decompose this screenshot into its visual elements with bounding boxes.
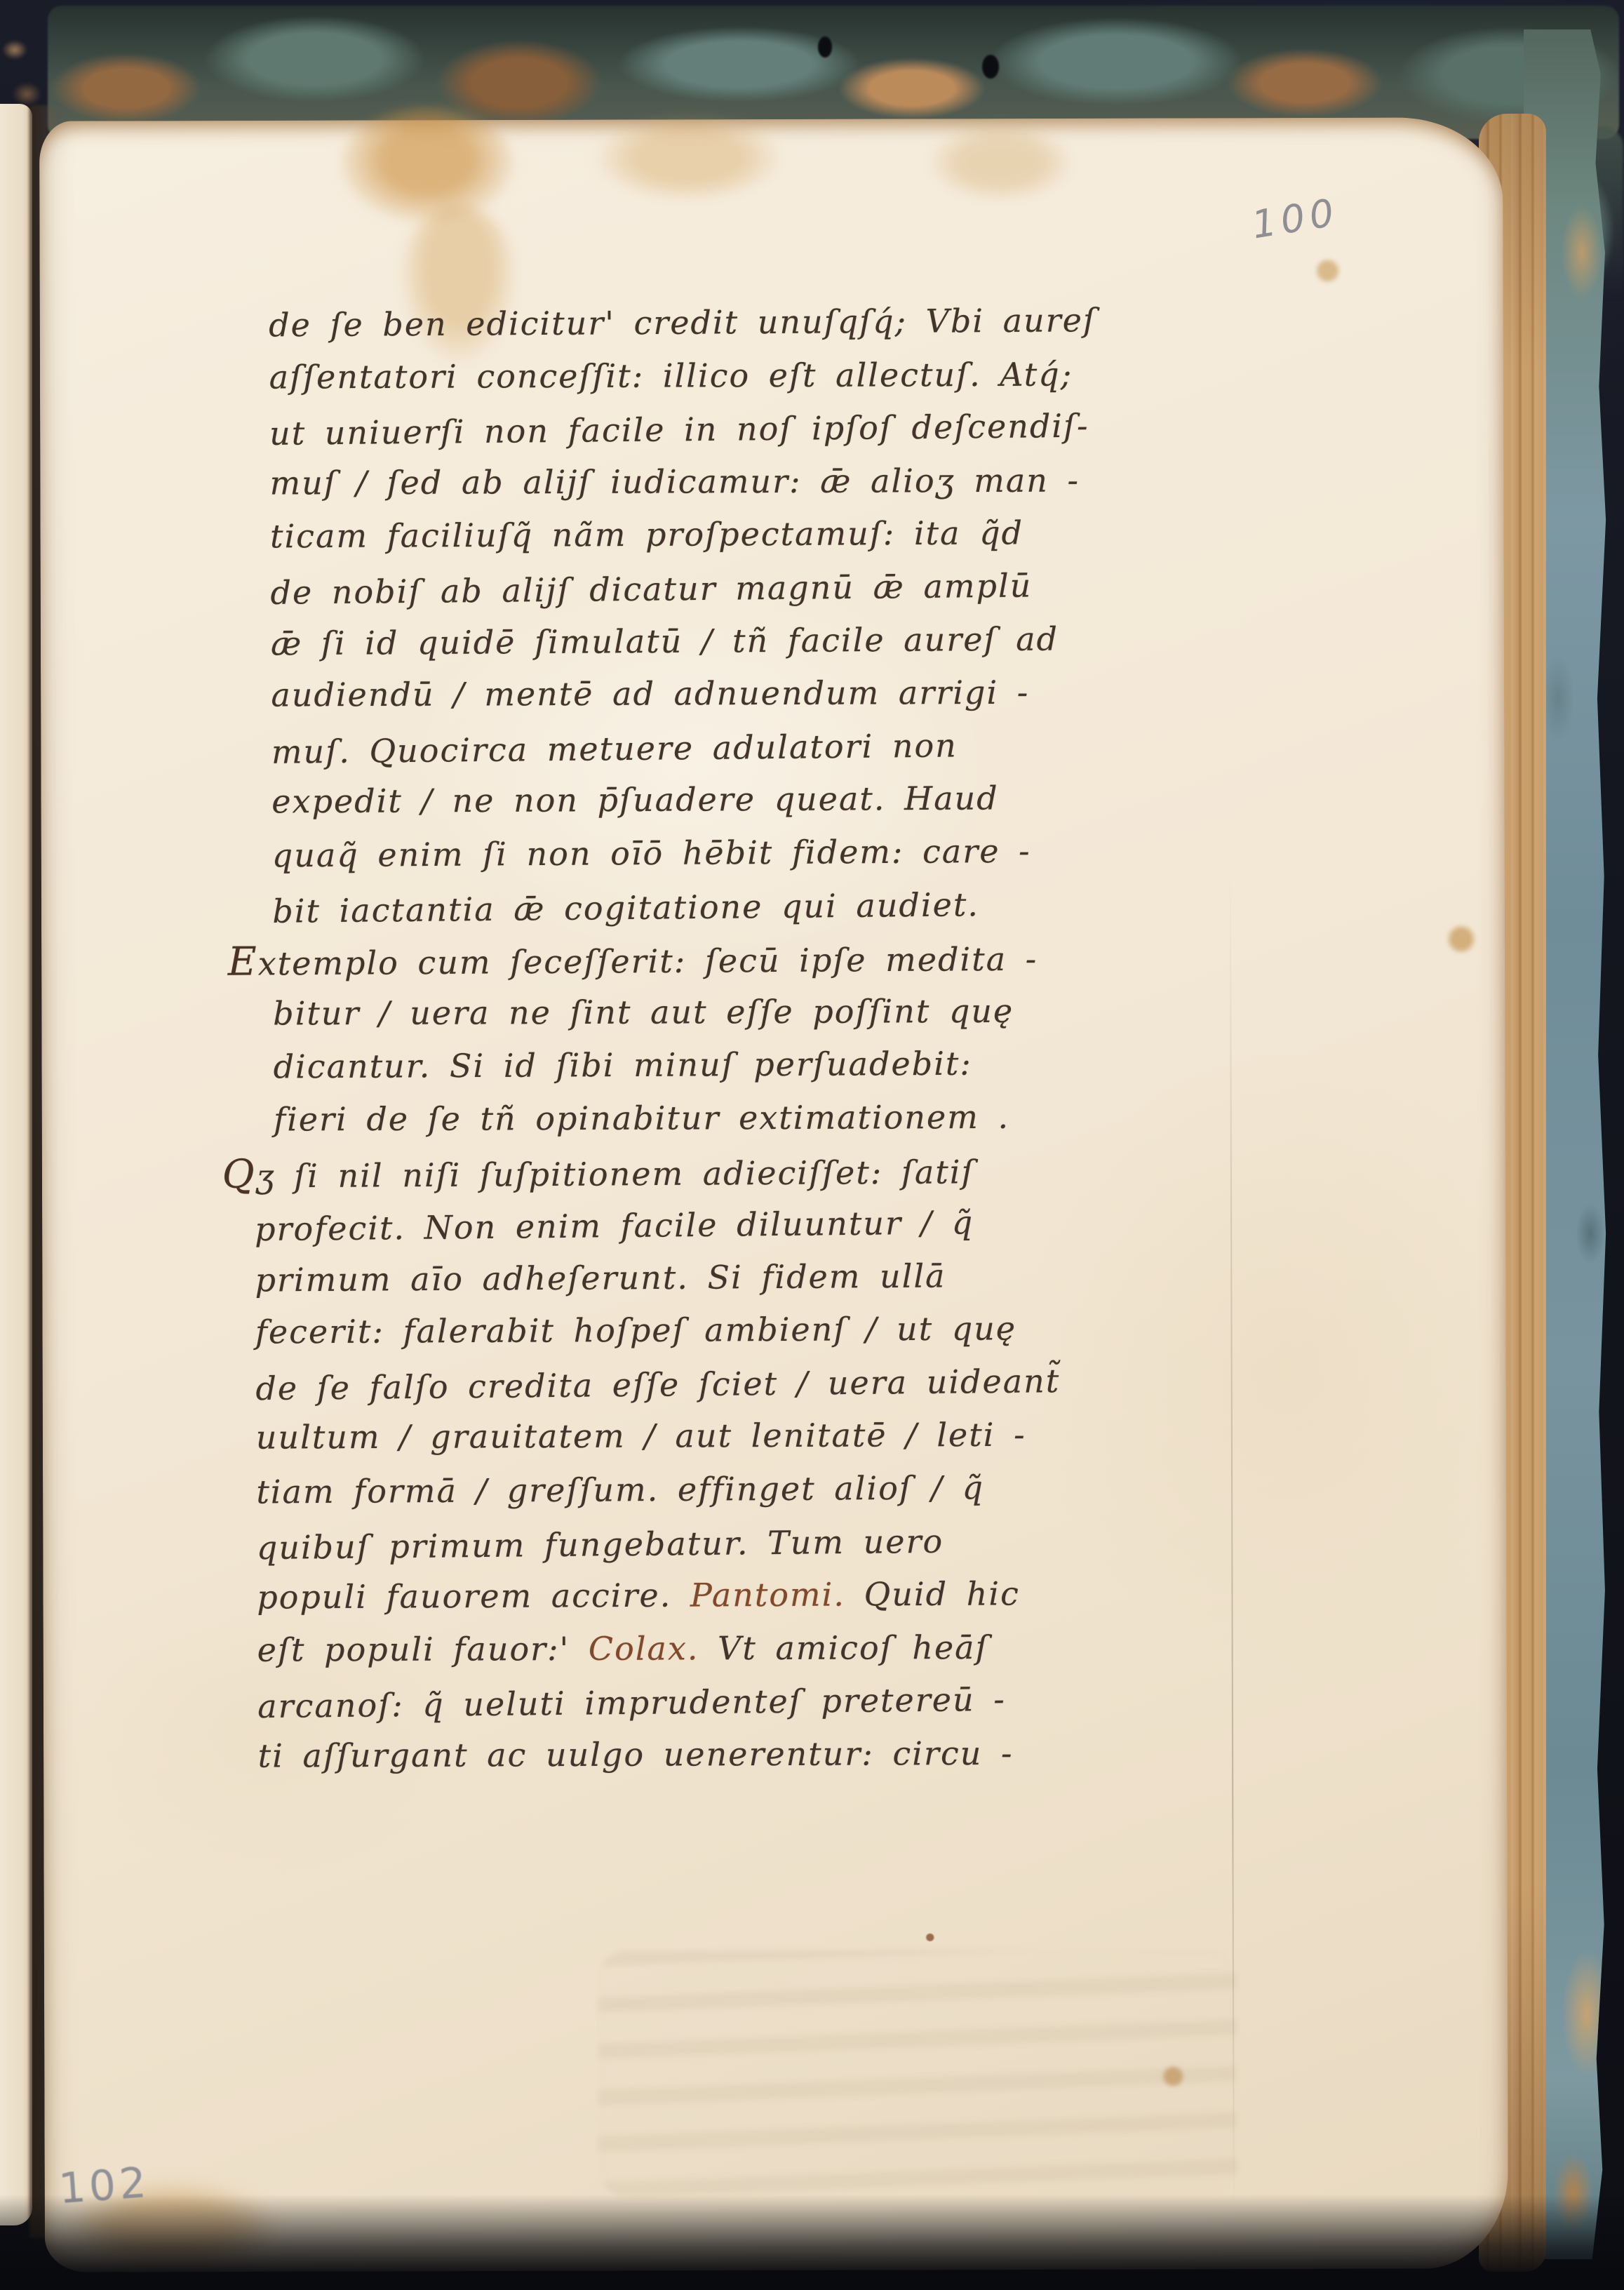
- text-segment: expedit / ne non p̄ſuadere queat. Haud: [271, 779, 999, 821]
- text-segment: ut uniuerſi non facile in noſ ipſoſ deſc…: [269, 407, 1089, 453]
- text-segment: quibuſ primum fungebatur. Tum uero: [257, 1522, 944, 1566]
- speaker-name-rubric: Colax.: [589, 1629, 699, 1668]
- manuscript-line: ti aſſurgant ac uulgo uenerentur: circu …: [46, 1725, 1510, 1783]
- text-segment: populi fauorem accire.: [257, 1576, 690, 1616]
- manuscript-line: quaq̃ enim ſi non oīō hēbit fidem: care …: [41, 822, 1504, 884]
- photo-bottom-shadow: [0, 2195, 1624, 2290]
- manuscript-line: fecerit: falerabit hoſpeſ ambienſ / ut q…: [43, 1300, 1507, 1360]
- text-segment: audiendū / mentē ad adnuendum arrigi -: [271, 674, 1029, 714]
- text-segment: bit iactantia ǣ cogitatione qui audiet.: [272, 885, 979, 930]
- manuscript-line: aſſentatori conceſſit: illico eſt allect…: [38, 347, 1501, 405]
- text-segment: profecit. Non enim facile diluuntur / q̃: [255, 1203, 974, 1248]
- folio-number-pencil: 100: [1249, 190, 1342, 248]
- manuscript-text-block: de ſe ben edicitur' credit unuſqſq́; Vbi…: [37, 292, 1510, 1786]
- text-segment: muſ / ſed ab alijſ iudicamur: ǣ alioʒ ma…: [269, 461, 1080, 502]
- text-segment: primum aīo adheſerunt. Si fidem ullā: [255, 1257, 946, 1299]
- text-segment: fieri de ſe tñ opinabitur extimationem .: [274, 1098, 1009, 1139]
- wormholes: [818, 36, 832, 58]
- manuscript-line: ticam faciliuſq̃ nãm proſpectamuſ: ita q…: [39, 504, 1502, 564]
- text-segment: ǣ ſi id quidē ſimulatū / tñ facile aureſ…: [271, 620, 1059, 662]
- speaker-name-rubric: Pantomi.: [690, 1576, 845, 1614]
- text-segment: Extemplo cum ſeceſſerit: ſecū ipſe medit…: [228, 940, 1038, 983]
- manuscript-photo: 100 de ſe ben edicitur' credit unuſqſq́;…: [0, 0, 1624, 2290]
- stain: [593, 114, 783, 202]
- ink-show-through: [598, 1949, 1237, 2196]
- manuscript-line: fieri de ſe tñ opinabitur extimationem .: [42, 1089, 1505, 1147]
- text-segment: Quid hic: [845, 1575, 1020, 1614]
- text-segment: Qʒ ſi nil niſi ſuſpitionem adieciſſet: ſ…: [222, 1153, 974, 1196]
- text-segment: fecerit: falerabit hoſpeſ ambienſ / ut q…: [255, 1310, 1016, 1351]
- ink-speck: [925, 1933, 935, 1941]
- text-segment: bitur / uera ne ſint aut eſſe poſſint qu…: [273, 992, 1014, 1033]
- text-segment: de ſe falſo credita eſſe ſciet / uera ui…: [255, 1362, 1060, 1407]
- text-segment: muſ. Quocirca metuere adulatori non: [271, 726, 958, 770]
- text-segment: uultum / grauitatem / aut lenitatē / let…: [256, 1416, 1026, 1457]
- text-segment: Vt amicoſ heāſ: [699, 1628, 988, 1667]
- text-segment: tiam formā / greſſum. effinget alioſ / q…: [256, 1468, 984, 1511]
- stain: [927, 123, 1074, 202]
- text-segment: aſſentatori conceſſit: illico eſt allect…: [269, 355, 1073, 396]
- manuscript-line: de ſe ben edicitur' credit unuſqſq́; Vbi…: [37, 292, 1501, 354]
- manuscript-line: bitur / uera ne ſint aut eſſe poſſint qu…: [41, 983, 1505, 1041]
- text-segment: de nobiſ ab alijſ dicatur magnū ǣ amplū: [270, 566, 1032, 611]
- text-segment: dicantur. Si id ſibi minuſ perſuadebit:: [274, 1045, 972, 1086]
- text-segment: arcanoſ: q̃ ueluti imprudenteſ pretereū …: [257, 1680, 1006, 1725]
- manuscript-line: populi fauorem accire. Pantomi. Quid hic: [45, 1565, 1508, 1625]
- text-segment: quaq̃ enim ſi non oīō hēbit fidem: care …: [272, 832, 1031, 875]
- manuscript-line: dicantur. Si id ſibi minuſ perſuadebit:: [41, 1035, 1505, 1094]
- manuscript-line: audiendū / mentē ad adnuendum arrigi -: [39, 665, 1503, 723]
- manuscript-line: muſ / ſed ab alijſ iudicamur: ǣ alioʒ ma…: [38, 453, 1501, 511]
- manuscript-line: ut uniuerſi non facile in noſ ipſoſ deſc…: [38, 396, 1502, 463]
- text-segment: ticam faciliuſq̃ nãm proſpectamuſ: ita q…: [270, 514, 1024, 556]
- text-segment: eſt populi fauor:': [257, 1630, 589, 1669]
- facing-page-edge: [0, 104, 32, 2225]
- text-segment: de ſe ben edicitur' credit unuſqſq́; Vbi…: [269, 301, 1096, 344]
- text-segment: ti aſſurgant ac uulgo uenerentur: circu …: [258, 1734, 1014, 1775]
- manuscript-line: tiam formā / greſſum. effinget alioſ / q…: [44, 1459, 1508, 1520]
- stain: [340, 107, 515, 224]
- manuscript-line: uultum / grauitatem / aut lenitatē / let…: [44, 1407, 1508, 1466]
- manuscript-line: eſt populi fauor:' Colax. Vt amicoſ heāſ: [46, 1619, 1509, 1678]
- stain-spot: [1313, 258, 1343, 283]
- manuscript-line: expedit / ne non p̄ſuadere queat. Haud: [40, 770, 1503, 829]
- manuscript-page: 100 de ſe ben edicitur' credit unuſqſq́;…: [39, 117, 1508, 2272]
